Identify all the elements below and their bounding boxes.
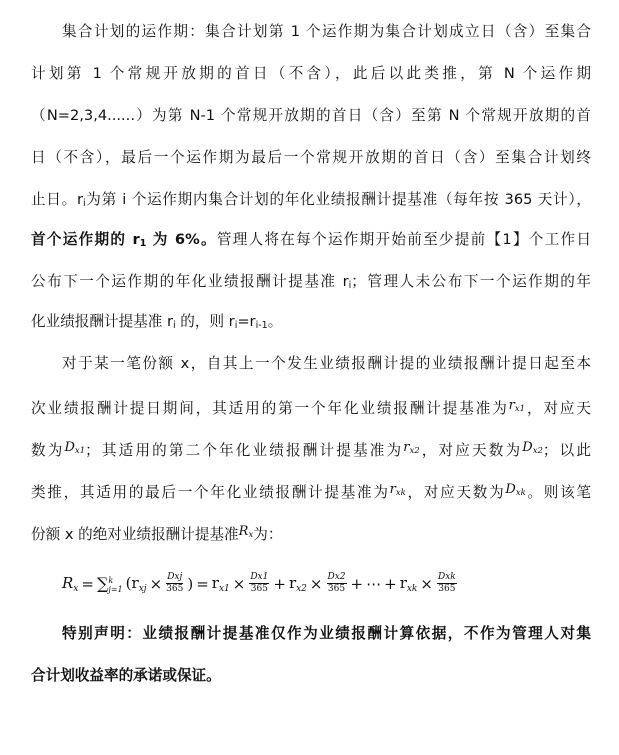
var-R: R — [239, 524, 249, 539]
sub-xk: xk — [516, 488, 526, 498]
ellipsis: ⋯ — [366, 575, 381, 593]
close-paren: ) — [187, 575, 193, 593]
sub-x2: x2 — [533, 446, 543, 456]
p2-line-5: 份额 x 的绝对业绩报酬计提基准Rx为： — [31, 522, 591, 545]
fraction-1: Dx1365 — [249, 572, 269, 595]
sub-i-minus-1: i-1 — [256, 320, 268, 331]
formula: Rx = ∑kj=1 (rxj × Dxj365 ) = rx1 × Dx136… — [62, 572, 458, 595]
fraction-k: Dxk365 — [437, 572, 457, 595]
times: × — [150, 575, 163, 593]
term-2: rx2 — [289, 574, 307, 594]
sub-xk: xk — [396, 488, 406, 498]
text: =r — [237, 313, 255, 330]
text: 为第 i 个运作期内集合计划的年化业绩报酬计提基准（每年按 365 天计）， — [86, 191, 591, 208]
plus: + — [351, 575, 364, 593]
text: 。则该笔 — [526, 484, 591, 501]
var-D: D — [64, 440, 74, 455]
p1-line-3: （N=2,3,4......）为第 N-1 个常规开放期的首日（含）至第 N 个… — [31, 106, 591, 126]
text: ，对应天数为 — [420, 442, 523, 459]
term-1: rx1 — [212, 574, 230, 594]
text: 次业绩报酬计提日期间，其适用的第一个年化业绩报酬计提基准为 — [31, 400, 509, 417]
times: × — [233, 575, 246, 593]
plus: + — [384, 575, 397, 593]
var-D: D — [522, 440, 532, 455]
var-D: D — [505, 482, 515, 497]
bold-text: 为 6%。 — [146, 231, 216, 248]
p1-line-7: 公布下一个运作期的年化业绩报酬计提基准 ri；管理人未公布下一个运作期的年 — [31, 272, 591, 296]
text: 止日。 — [31, 191, 77, 208]
equals: = — [81, 575, 94, 593]
equals: = — [196, 575, 209, 593]
p2-line-4: 类推，其适用的最后一个年化业绩报酬计提基准为rxk，对应天数为Dxk。则该笔 — [31, 480, 591, 503]
p2-line-3: 数为Dx1；其适用的第二个年化业绩报酬计提基准为rx2，对应天数为Dx2；以此 — [31, 438, 591, 461]
term-j: (rxj — [126, 574, 147, 594]
sub-x1: x1 — [75, 446, 85, 456]
p3-line-2: 合计划收益率的承诺或保证。 — [31, 666, 591, 686]
p1-line-2: 计划第 1 个常规开放期的首日（不含），此后以此类推，第 N 个运作期 — [31, 64, 591, 84]
p1-line-8: 化业绩报酬计提基准 ri 的，则 ri=ri-1。 — [31, 312, 591, 336]
bold-text: 首个运作期的 r — [31, 231, 140, 248]
p1-line-4: 日（不含），最后一个运作期为最后一个常规开放期的首日（含）至集合计划终 — [31, 148, 591, 168]
fraction-j: Dxj365 — [166, 572, 183, 595]
text: 公布下一个运作期的年化业绩报酬计提基准 r — [31, 273, 349, 290]
p1-line-6: 首个运作期的 r1 为 6%。管理人将在每个运作期开始前至少提前【1】个工作日 — [31, 230, 591, 254]
sub-x2: x2 — [409, 446, 419, 456]
p2-line-2: 次业绩报酬计提日期间，其适用的第一个年化业绩报酬计提基准为rx1，对应天 — [31, 396, 591, 419]
text: 管理人将在每个运作期开始前至少提前【1】个工作日 — [217, 231, 591, 248]
plus: + — [273, 575, 286, 593]
text: 。 — [268, 313, 283, 330]
term-k: rxk — [400, 574, 418, 594]
times: × — [310, 575, 323, 593]
text: 为： — [253, 526, 282, 543]
text: 数为 — [31, 442, 64, 459]
times: × — [420, 575, 433, 593]
text: 化业绩报酬计提基准 r — [31, 313, 173, 330]
p1-line-1: 集合计划的运作期：集合计划第 1 个运作期为集合计划成立日（含）至集合 — [62, 22, 591, 42]
summation: ∑kj=1 — [97, 574, 123, 594]
text: ；管理人未公布下一个运作期的年 — [351, 273, 591, 290]
p1-line-5: 止日。ri为第 i 个运作期内集合计划的年化业绩报酬计提基准（每年按 365 天… — [31, 190, 591, 214]
text: ；其适用的第二个年化业绩报酬计提基准为 — [85, 442, 403, 459]
p2-line-1: 对于某一笔份额 x，自其上一个发生业绩报酬计提的业绩报酬计提日起至本 — [62, 354, 591, 374]
sub-x1: x1 — [515, 404, 525, 414]
text: 的，则 r — [176, 313, 235, 330]
text: 份额 x 的绝对业绩报酬计提基准 — [31, 526, 239, 543]
text: ，对应天数为 — [406, 484, 506, 501]
text: 类推，其适用的最后一个年化业绩报酬计提基准为 — [31, 484, 390, 501]
formula-lhs: Rx — [62, 574, 78, 594]
text: ，对应天 — [525, 400, 591, 417]
fraction-2: Dx2365 — [327, 572, 347, 595]
text: ；以此 — [543, 442, 591, 459]
p3-line-1: 特别声明：业绩报酬计提基准仅作为业绩报酬计算依据，不作为管理人对集 — [62, 624, 591, 644]
